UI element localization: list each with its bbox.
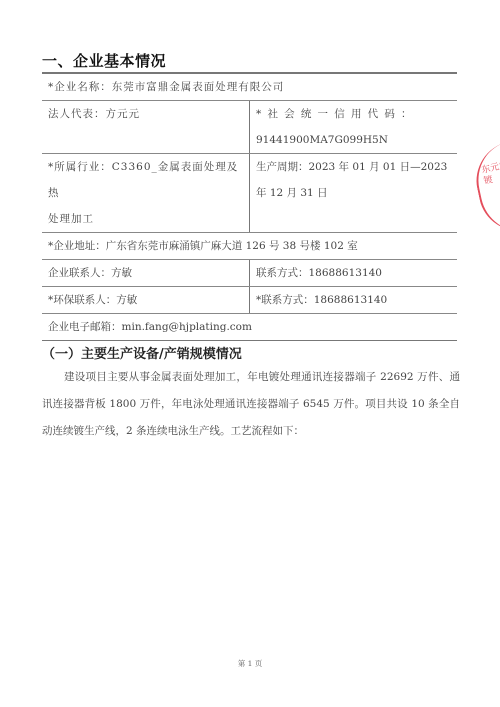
table-row: 企业联系人：方敏 联系方式：18688613140 xyxy=(42,260,457,287)
company-info-table: *企业名称：东莞市富鼎金属表面处理有限公司 法人代表：方元元 *社会统一信用代码… xyxy=(42,72,457,341)
body-paragraph: 建设项目主要从事金属表面处理加工，年电镀处理通讯连接器端子 22692 万件、通… xyxy=(42,364,460,445)
env-contact-person: *环保联系人：方敏 xyxy=(42,287,250,313)
period-line-1: 生产周期：2023 年 01 月 01 日—2023 xyxy=(256,154,451,180)
table-row: 法人代表：方元元 *社会统一信用代码： 91441900MA7G099H5N xyxy=(42,101,457,154)
table-row: *环保联系人：方敏 *联系方式：18688613140 xyxy=(42,287,457,314)
company-name: *企业名称：东莞市富鼎金属表面处理有限公司 xyxy=(42,74,457,100)
industry-line-2: 处理加工 xyxy=(48,206,243,232)
production-period: 生产周期：2023 年 01 月 01 日—2023 年 12 月 31 日 xyxy=(250,154,457,232)
legal-representative: 法人代表：方元元 xyxy=(42,101,250,153)
contact-phone: 联系方式：18688613140 xyxy=(250,260,457,286)
table-row: *企业名称：东莞市富鼎金属表面处理有限公司 xyxy=(42,74,457,101)
subsection-title: （一）主要生产设备/产销规模情况 xyxy=(42,343,242,362)
page-number: 第 1 页 xyxy=(0,658,500,669)
company-email: 企业电子邮箱：min.fang@hjplating.com xyxy=(42,314,457,340)
env-contact-phone: *联系方式：18688613140 xyxy=(250,287,457,313)
table-row: 企业电子邮箱：min.fang@hjplating.com xyxy=(42,314,457,341)
credit-code: *社会统一信用代码： 91441900MA7G099H5N xyxy=(250,101,457,153)
contact-person: 企业联系人：方敏 xyxy=(42,260,250,286)
section-title: 一、企业基本情况 xyxy=(42,50,166,71)
table-row: *企业地址：广东省东莞市麻涌镇广麻大道 126 号 38 号楼 102 室 xyxy=(42,233,457,260)
industry: *所属行业：C3360_金属表面处理及热 处理加工 xyxy=(42,154,250,232)
industry-line-1: *所属行业：C3360_金属表面处理及热 xyxy=(48,154,243,206)
company-address: *企业地址：广东省东莞市麻涌镇广麻大道 126 号 38 号楼 102 室 xyxy=(42,233,457,259)
company-seal-stamp: 东元电镀 xyxy=(469,142,500,238)
table-row: *所属行业：C3360_金属表面处理及热 处理加工 生产周期：2023 年 01… xyxy=(42,154,457,233)
credit-code-label: *社会统一信用代码： xyxy=(256,101,451,127)
period-line-2: 年 12 月 31 日 xyxy=(256,180,451,206)
credit-code-value: 91441900MA7G099H5N xyxy=(256,127,451,153)
